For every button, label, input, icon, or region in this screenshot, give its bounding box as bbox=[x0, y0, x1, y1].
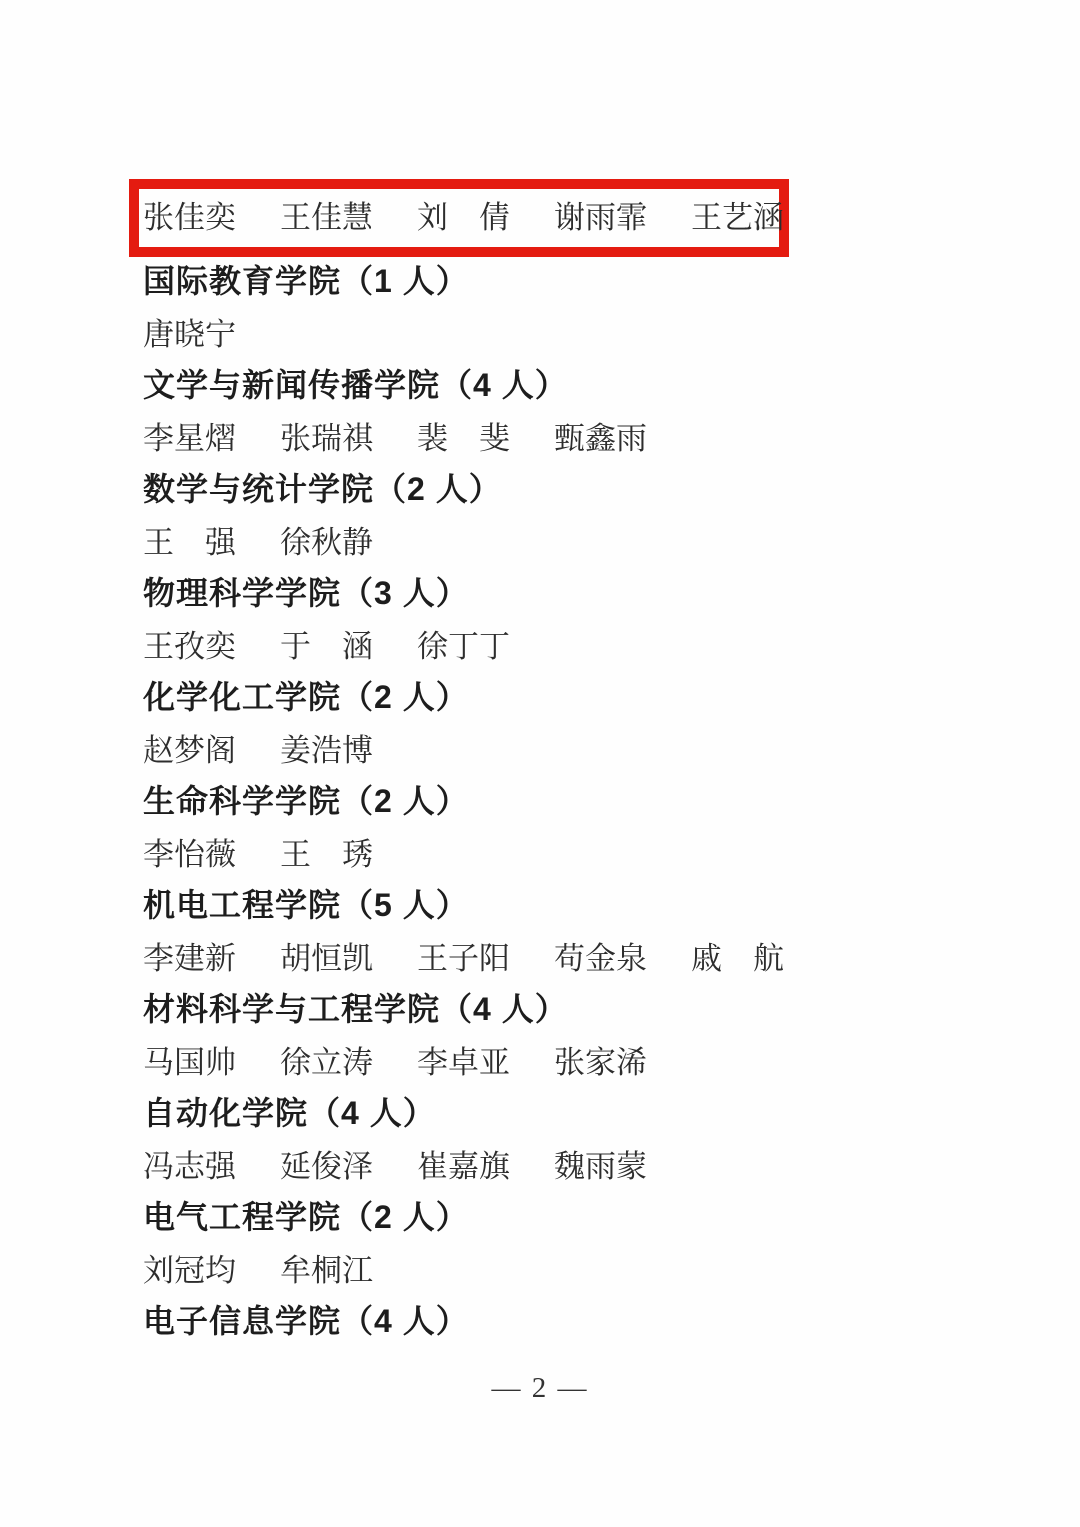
person-name: 王艺涵 bbox=[691, 202, 784, 234]
person-name: 王 强 bbox=[143, 517, 236, 562]
person-name: 崔嘉旗 bbox=[417, 1141, 510, 1186]
person-name: 甄鑫雨 bbox=[554, 413, 647, 458]
person-name: 裴 斐 bbox=[417, 413, 510, 458]
person-name: 李卓亚 bbox=[417, 1037, 510, 1082]
person-name: 赵梦阁 bbox=[143, 725, 236, 770]
person-name: 姜浩博 bbox=[280, 725, 373, 770]
section-heading: 数学与统计学院（2 人） bbox=[143, 461, 1060, 513]
person-name: 王孜奕 bbox=[143, 621, 236, 666]
section-names-row: 李建新胡恒凯王子阳苟金泉戚 航 bbox=[143, 929, 1060, 981]
person-name: 张瑞祺 bbox=[280, 413, 373, 458]
section-heading: 自动化学院（4 人） bbox=[143, 1085, 1060, 1137]
person-name: 冯志强 bbox=[143, 1141, 236, 1186]
person-name: 徐秋静 bbox=[280, 517, 373, 562]
person-name: 唐晓宁 bbox=[143, 309, 236, 354]
person-name: 李建新 bbox=[143, 933, 236, 978]
document-page: 张佳奕王佳慧刘 倩谢雨霏王艺涵 国际教育学院（1 人）唐晓宁文学与新闻传播学院（… bbox=[0, 0, 1080, 1527]
person-name: 苟金泉 bbox=[554, 933, 647, 978]
section-heading: 文学与新闻传播学院（4 人） bbox=[143, 357, 1060, 409]
person-name: 李星熠 bbox=[143, 413, 236, 458]
highlight-red-box: 张佳奕王佳慧刘 倩谢雨霏王艺涵 bbox=[129, 179, 789, 257]
person-name: 王子阳 bbox=[417, 933, 510, 978]
section-names-row: 唐晓宁 bbox=[143, 305, 1060, 357]
section-names-row: 冯志强延俊泽崔嘉旗魏雨蒙 bbox=[143, 1137, 1060, 1189]
section-names-row: 李星熠张瑞祺裴 斐甄鑫雨 bbox=[143, 409, 1060, 461]
section-heading: 电子信息学院（4 人） bbox=[143, 1293, 1060, 1345]
section-heading: 化学化工学院（2 人） bbox=[143, 669, 1060, 721]
section-heading: 电气工程学院（2 人） bbox=[143, 1189, 1060, 1241]
section-names-row: 马国帅徐立涛李卓亚张家浠 bbox=[143, 1033, 1060, 1085]
person-name: 胡恒凯 bbox=[280, 933, 373, 978]
section-names-row: 刘冠均牟桐江 bbox=[143, 1241, 1060, 1293]
person-name: 张家浠 bbox=[554, 1037, 647, 1082]
person-name: 刘 倩 bbox=[417, 202, 510, 234]
person-name: 张佳奕 bbox=[143, 202, 236, 234]
page-number: — 2 — bbox=[0, 1362, 1080, 1414]
person-name: 刘冠均 bbox=[143, 1245, 236, 1290]
person-name: 徐丁丁 bbox=[417, 621, 510, 666]
person-name: 魏雨蒙 bbox=[554, 1141, 647, 1186]
person-name: 徐立涛 bbox=[280, 1037, 373, 1082]
section-heading: 国际教育学院（1 人） bbox=[143, 253, 1060, 305]
person-name: 牟桐江 bbox=[280, 1245, 373, 1290]
person-name: 戚 航 bbox=[691, 933, 784, 978]
section-heading: 机电工程学院（5 人） bbox=[143, 877, 1060, 929]
section-names-row: 王孜奕于 涵徐丁丁 bbox=[143, 617, 1060, 669]
person-name: 王佳慧 bbox=[280, 202, 373, 234]
college-sections-list: 国际教育学院（1 人）唐晓宁文学与新闻传播学院（4 人）李星熠张瑞祺裴 斐甄鑫雨… bbox=[143, 253, 1060, 1345]
section-heading: 生命科学学院（2 人） bbox=[143, 773, 1060, 825]
section-names-row: 王 强徐秋静 bbox=[143, 513, 1060, 565]
person-name: 王 琇 bbox=[280, 829, 373, 874]
section-heading: 物理科学学院（3 人） bbox=[143, 565, 1060, 617]
person-name: 李怡薇 bbox=[143, 829, 236, 874]
section-names-row: 李怡薇王 琇 bbox=[143, 825, 1060, 877]
person-name: 谢雨霏 bbox=[554, 202, 647, 234]
highlighted-names-row: 张佳奕王佳慧刘 倩谢雨霏王艺涵 bbox=[143, 202, 779, 234]
person-name: 延俊泽 bbox=[280, 1141, 373, 1186]
section-names-row: 赵梦阁姜浩博 bbox=[143, 721, 1060, 773]
section-heading: 材料科学与工程学院（4 人） bbox=[143, 981, 1060, 1033]
person-name: 于 涵 bbox=[280, 621, 373, 666]
person-name: 马国帅 bbox=[143, 1037, 236, 1082]
